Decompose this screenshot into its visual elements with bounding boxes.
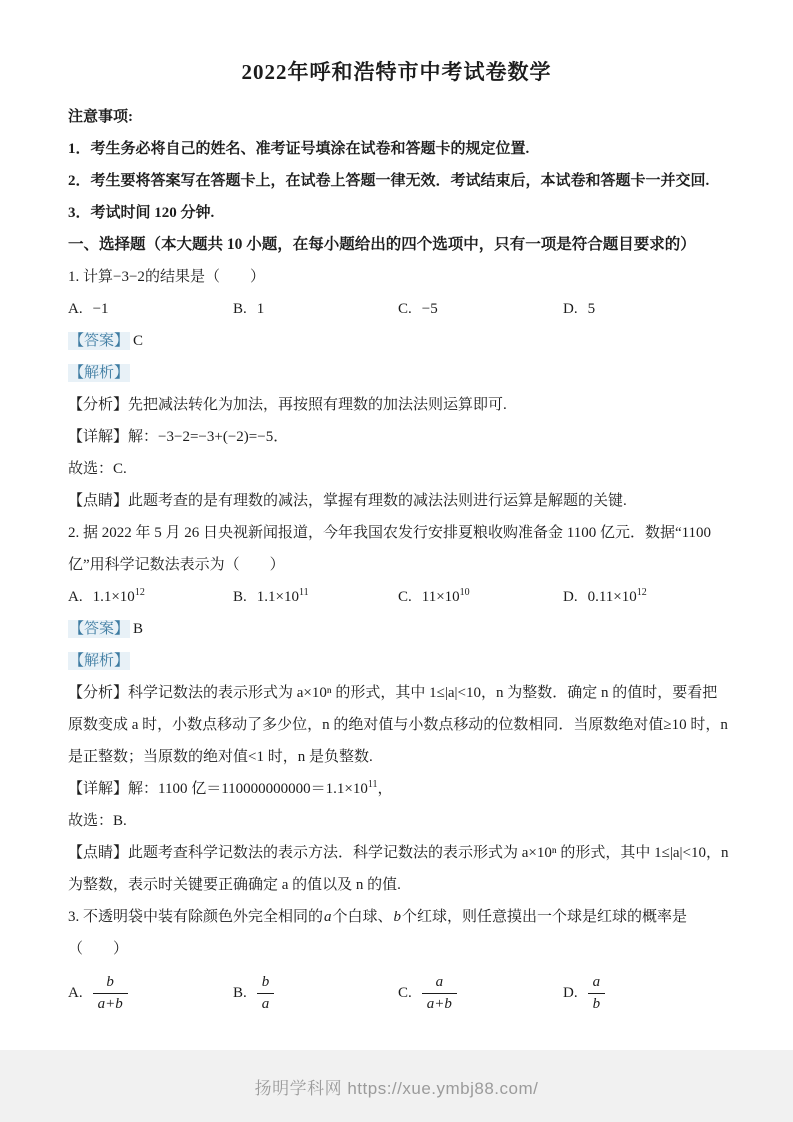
q1-note-line: 【点睛】此题考查的是有理数的减法，掌握有理数的减法法则进行运算是解题的关键.: [68, 485, 729, 517]
q1-option-c: C.−5: [398, 293, 563, 325]
q2-analysis-text: 科学记数法的表示形式为 a×10ⁿ 的形式，其中 1≤|a|<10，n 为整数．…: [68, 685, 728, 765]
q3-option-c: C.aa+b: [398, 973, 563, 1014]
q1-note-text: 此题考查的是有理数的减法，掌握有理数的减法法则进行运算是解题的关键.: [128, 493, 627, 509]
q2-note-text: 此题考查科学记数法的表示方法．科学记数法的表示形式为 a×10ⁿ 的形式，其中 …: [68, 845, 728, 893]
option-label: D.: [563, 301, 578, 317]
option-label: C.: [398, 985, 412, 1001]
q2-answer-value: B: [133, 621, 143, 637]
notice-item-3: 3．考试时间 120 分钟.: [68, 197, 729, 229]
dianjing-tag: 【点睛】: [68, 845, 128, 861]
notice-item-2: 2．考生要将答案写在答题卡上，在试卷上答题一律无效．考试结束后，本试卷和答题卡一…: [68, 165, 729, 197]
fraction: ba: [257, 973, 275, 1014]
option-value: −1: [93, 301, 109, 317]
option-value: 0.11×1012: [588, 589, 647, 605]
exam-document-page: 2022年呼和浩特市中考试卷数学 注意事项: 1．考生务必将自己的姓名、准考证号…: [0, 0, 793, 1122]
q1-stem-text-2: 的结果是（ ）: [145, 269, 265, 285]
q1-option-a: A.−1: [68, 293, 233, 325]
q1-answer-value: C: [133, 333, 143, 349]
q2-detail-formula: 1.1×1011: [326, 781, 378, 797]
q1-analysis-text: 先把减法转化为加法，再按照有理数的加法法则运算即可.: [128, 397, 507, 413]
answer-tag: 【答案】: [68, 332, 130, 350]
fenxi-tag: 【分析】: [68, 397, 128, 413]
option-value: 1: [257, 301, 265, 317]
q3-var-b: b: [393, 909, 403, 925]
option-value: −5: [422, 301, 438, 317]
q3-var-a: a: [323, 909, 333, 925]
q2-note-line: 【点睛】此题考查科学记数法的表示方法．科学记数法的表示形式为 a×10ⁿ 的形式…: [68, 837, 729, 901]
q1-option-b: B.1: [233, 293, 398, 325]
numerator: a: [588, 973, 606, 994]
option-label: B.: [233, 301, 247, 317]
analysis-tag: 【解析】: [68, 652, 130, 670]
option-label: A.: [68, 589, 83, 605]
q1-stem-formula: −3−2: [113, 269, 145, 285]
q3-stem-text: 3. 不透明袋中装有除颜色外完全相同的: [68, 909, 323, 925]
q2-analysis-line: 【分析】科学记数法的表示形式为 a×10ⁿ 的形式，其中 1≤|a|<10，n …: [68, 677, 729, 773]
q1-option-d: D.5: [563, 293, 729, 325]
exponent: 10: [460, 587, 470, 598]
option-label: B.: [233, 589, 247, 605]
option-value: 11×1010: [422, 589, 470, 605]
page-title: 2022年呼和浩特市中考试卷数学: [0, 0, 793, 86]
fraction: ba+b: [93, 973, 128, 1014]
document-body: 注意事项: 1．考生务必将自己的姓名、准考证号填涂在试卷和答题卡的规定位置. 2…: [0, 86, 793, 1024]
denominator: a+b: [422, 994, 457, 1014]
question-2-stem: 2. 据 2022 年 5 月 26 日央视新闻报道，今年我国农发行安排夏粮收购…: [68, 517, 729, 581]
q2-analysis-heading: 【解析】: [68, 645, 729, 677]
section-heading: 一、选择题（本大题共 10 小题，在每小题给出的四个选项中，只有一项是符合题目要…: [68, 229, 729, 261]
q2-option-c: C.11×1010: [398, 581, 563, 613]
notice-heading: 注意事项:: [68, 101, 729, 133]
q1-detail-prefix: 解：: [128, 429, 158, 445]
option-label: C.: [398, 301, 412, 317]
exponent: 12: [135, 587, 145, 598]
question-3-options: A.ba+b B.ba C.aa+b D.ab: [68, 965, 729, 1024]
q3-option-b: B.ba: [233, 973, 398, 1014]
option-value: 5: [588, 301, 596, 317]
option-label: A.: [68, 301, 83, 317]
q2-detail-suffix: ，: [378, 781, 393, 797]
option-label: C.: [398, 589, 412, 605]
q1-detail-formula: −3−2=−3+(−2)=−5: [158, 429, 273, 445]
q2-answer-line: 【答案】B: [68, 613, 729, 645]
q3-stem-text-2: 个白球、: [333, 909, 393, 925]
question-1-stem: 1. 计算−3−2的结果是（ ）: [68, 261, 729, 293]
q2-option-a: A.1.1×1012: [68, 581, 233, 613]
q1-detail-line: 【详解】解：−3−2=−3+(−2)=−5．: [68, 421, 729, 453]
exponent: 12: [637, 587, 647, 598]
fenxi-tag: 【分析】: [68, 685, 128, 701]
option-label: B.: [233, 985, 247, 1001]
option-value: 1.1×1011: [257, 589, 309, 605]
q2-conclusion: 故选：B.: [68, 805, 729, 837]
fraction: aa+b: [422, 973, 457, 1014]
question-1-options: A.−1 B.1 C.−5 D.5: [68, 293, 729, 325]
q2-option-b: B.1.1×1011: [233, 581, 398, 613]
option-label: D.: [563, 985, 578, 1001]
exponent: 11: [368, 779, 378, 790]
answer-tag: 【答案】: [68, 620, 130, 638]
fraction: ab: [588, 973, 606, 1014]
question-3-stem: 3. 不透明袋中装有除颜色外完全相同的a个白球、b个红球，则任意摸出一个球是红球…: [68, 901, 729, 965]
q2-detail-line: 【详解】解：1100 亿＝110000000000＝1.1×1011，: [68, 773, 729, 805]
q1-analysis-heading: 【解析】: [68, 357, 729, 389]
q1-answer-line: 【答案】C: [68, 325, 729, 357]
notice-item-1: 1．考生务必将自己的姓名、准考证号填涂在试卷和答题卡的规定位置.: [68, 133, 729, 165]
q2-detail-prefix: 解：1100 亿＝110000000000＝: [128, 781, 326, 797]
numerator: a: [422, 973, 457, 994]
q1-detail-suffix: ．: [273, 429, 288, 445]
exponent: 11: [299, 587, 309, 598]
option-label: A.: [68, 985, 83, 1001]
numerator: b: [257, 973, 275, 994]
dianjing-tag: 【点睛】: [68, 493, 128, 509]
numerator: b: [93, 973, 128, 994]
xiangjie-tag: 【详解】: [68, 781, 128, 797]
xiangjie-tag: 【详解】: [68, 429, 128, 445]
option-label: D.: [563, 589, 578, 605]
q1-conclusion: 故选：C.: [68, 453, 729, 485]
q3-option-a: A.ba+b: [68, 973, 233, 1014]
q1-stem-text: 1. 计算: [68, 269, 113, 285]
question-2-options: A.1.1×1012 B.1.1×1011 C.11×1010 D.0.11×1…: [68, 581, 729, 613]
analysis-tag: 【解析】: [68, 364, 130, 382]
denominator: a: [257, 994, 275, 1014]
page-footer: 扬明学科网 https://xue.ymbj88.com/: [0, 1050, 793, 1122]
q1-analysis-line: 【分析】先把减法转化为加法，再按照有理数的加法法则运算即可.: [68, 389, 729, 421]
denominator: a+b: [93, 994, 128, 1014]
q3-option-d: D.ab: [563, 973, 729, 1014]
q2-option-d: D.0.11×1012: [563, 581, 729, 613]
denominator: b: [588, 994, 606, 1014]
option-value: 1.1×1012: [93, 589, 145, 605]
footer-site-link[interactable]: 扬明学科网 https://xue.ymbj88.com/: [255, 1074, 539, 1099]
